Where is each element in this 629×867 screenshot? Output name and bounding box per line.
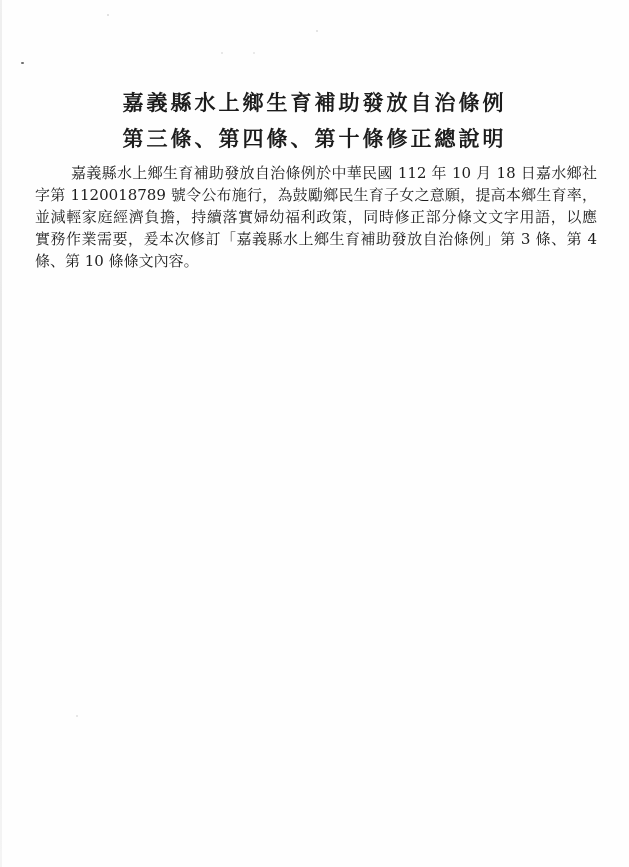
scan-speck <box>316 30 318 32</box>
scan-speck <box>221 52 223 54</box>
scan-speck <box>253 52 255 54</box>
body-line-2: 字第 1120018789 號令公布施行，為鼓勵鄉民生育子女之意願，提高本鄉生育… <box>35 184 597 206</box>
scanned-document-page: 嘉義縣水上鄉生育補助發放自治條例 第三條、第四條、第十條修正總說明 嘉義縣水上鄉… <box>0 0 629 867</box>
scan-speck <box>107 14 109 16</box>
scan-speck <box>21 62 24 64</box>
body-line-1: 嘉義縣水上鄉生育補助發放自治條例於中華民國 112 年 10 月 18 日嘉水鄉… <box>35 162 597 184</box>
body-line-5: 條、第 10 條條文內容。 <box>35 250 597 272</box>
document-title: 嘉義縣水上鄉生育補助發放自治條例 <box>0 90 629 116</box>
body-line-3: 並減輕家庭經濟負擔，持續落實婦幼福利政策，同時修正部分條文文字用語，以應 <box>35 206 597 228</box>
document-body: 嘉義縣水上鄉生育補助發放自治條例於中華民國 112 年 10 月 18 日嘉水鄉… <box>35 162 597 272</box>
document-subtitle: 第三條、第四條、第十條修正總說明 <box>0 126 629 152</box>
scan-speck <box>76 715 78 717</box>
body-line-4: 實務作業需要，爰本次修訂「嘉義縣水上鄉生育補助發放自治條例」第 3 條、第 4 <box>35 228 597 250</box>
